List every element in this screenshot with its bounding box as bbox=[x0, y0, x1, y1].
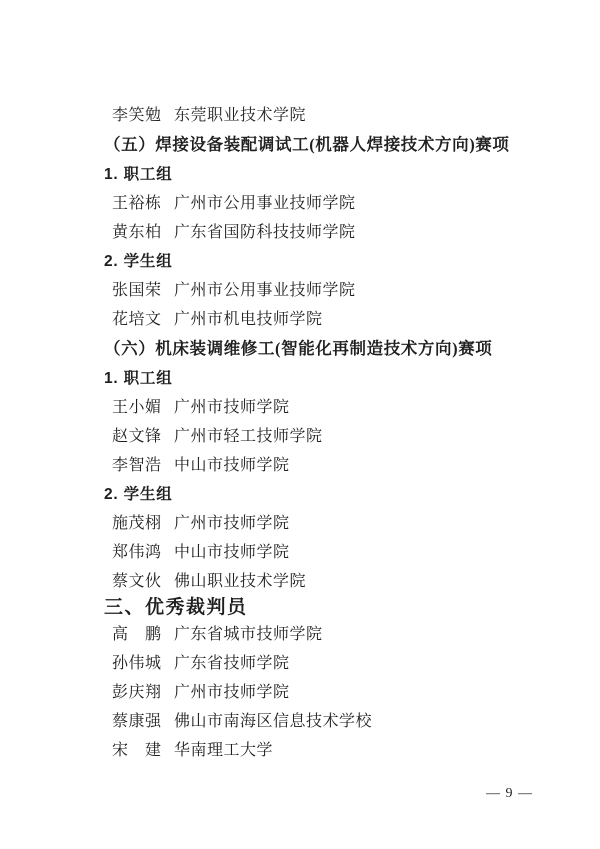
person-name: 李笑勉 bbox=[112, 106, 164, 126]
person-name: 施茂栩 bbox=[112, 514, 164, 534]
entry-row: 黄东柏广东省国防科技技师学院 bbox=[104, 223, 586, 243]
entry-row: 高 鹏广东省城市技师学院 bbox=[104, 625, 586, 645]
award-list: 李笑勉东莞职业技术学院（五）焊接设备装配调试工(机器人焊接技术方向)赛项1. 职… bbox=[104, 106, 586, 770]
institution-name: 广东省技师学院 bbox=[174, 654, 290, 674]
institution-name: 广东省国防科技技师学院 bbox=[174, 223, 356, 243]
person-name: 蔡文伙 bbox=[112, 572, 164, 592]
group-heading: 1. 职工组 bbox=[104, 165, 586, 185]
document-page: 李笑勉东莞职业技术学院（五）焊接设备装配调试工(机器人焊接技术方向)赛项1. 职… bbox=[0, 0, 600, 849]
person-name: 高 鹏 bbox=[112, 625, 164, 645]
group-heading: 2. 学生组 bbox=[104, 252, 586, 272]
person-name: 孙伟城 bbox=[112, 654, 164, 674]
entry-row: 郑伟鸿中山市技师学院 bbox=[104, 543, 586, 563]
entry-row: 李笑勉东莞职业技术学院 bbox=[104, 106, 586, 126]
institution-name: 广州市技师学院 bbox=[174, 514, 290, 534]
person-name: 郑伟鸿 bbox=[112, 543, 164, 563]
institution-name: 广州市机电技师学院 bbox=[174, 310, 323, 330]
institution-name: 广州市公用事业技师学院 bbox=[174, 281, 356, 301]
entry-row: 宋 建华南理工大学 bbox=[104, 741, 586, 761]
page-number: — 9 — bbox=[486, 786, 533, 802]
institution-name: 广州市技师学院 bbox=[174, 683, 290, 703]
institution-name: 东莞职业技术学院 bbox=[174, 106, 306, 126]
entry-row: 赵文锋广州市轻工技师学院 bbox=[104, 427, 586, 447]
person-name: 宋 建 bbox=[112, 741, 164, 761]
person-name: 蔡康强 bbox=[112, 712, 164, 732]
entry-row: 蔡文伙佛山职业技术学院 bbox=[104, 572, 586, 592]
section-heading: （六）机床装调维修工(智能化再制造技术方向)赛项 bbox=[104, 339, 586, 359]
entry-row: 王裕栋广州市公用事业技师学院 bbox=[104, 194, 586, 214]
institution-name: 佛山职业技术学院 bbox=[174, 572, 306, 592]
person-name: 张国荣 bbox=[112, 281, 164, 301]
institution-name: 广州市轻工技师学院 bbox=[174, 427, 323, 447]
entry-row: 孙伟城广东省技师学院 bbox=[104, 654, 586, 674]
institution-name: 中山市技师学院 bbox=[174, 543, 290, 563]
entry-row: 蔡康强佛山市南海区信息技术学校 bbox=[104, 712, 586, 732]
institution-name: 广东省城市技师学院 bbox=[174, 625, 323, 645]
institution-name: 广州市公用事业技师学院 bbox=[174, 194, 356, 214]
group-heading: 1. 职工组 bbox=[104, 369, 586, 389]
group-heading: 2. 学生组 bbox=[104, 485, 586, 505]
institution-name: 佛山市南海区信息技术学校 bbox=[174, 712, 372, 732]
entry-row: 张国荣广州市公用事业技师学院 bbox=[104, 281, 586, 301]
person-name: 李智浩 bbox=[112, 456, 164, 476]
institution-name: 广州市技师学院 bbox=[174, 398, 290, 418]
chapter-heading: 三、优秀裁判员 bbox=[104, 597, 586, 619]
entry-row: 王小媚广州市技师学院 bbox=[104, 398, 586, 418]
person-name: 赵文锋 bbox=[112, 427, 164, 447]
entry-row: 施茂栩广州市技师学院 bbox=[104, 514, 586, 534]
entry-row: 花培文广州市机电技师学院 bbox=[104, 310, 586, 330]
institution-name: 中山市技师学院 bbox=[174, 456, 290, 476]
entry-row: 彭庆翔广州市技师学院 bbox=[104, 683, 586, 703]
person-name: 王裕栋 bbox=[112, 194, 164, 214]
entry-row: 李智浩中山市技师学院 bbox=[104, 456, 586, 476]
section-heading: （五）焊接设备装配调试工(机器人焊接技术方向)赛项 bbox=[104, 135, 586, 155]
institution-name: 华南理工大学 bbox=[174, 741, 273, 761]
person-name: 花培文 bbox=[112, 310, 164, 330]
person-name: 彭庆翔 bbox=[112, 683, 164, 703]
person-name: 王小媚 bbox=[112, 398, 164, 418]
person-name: 黄东柏 bbox=[112, 223, 164, 243]
